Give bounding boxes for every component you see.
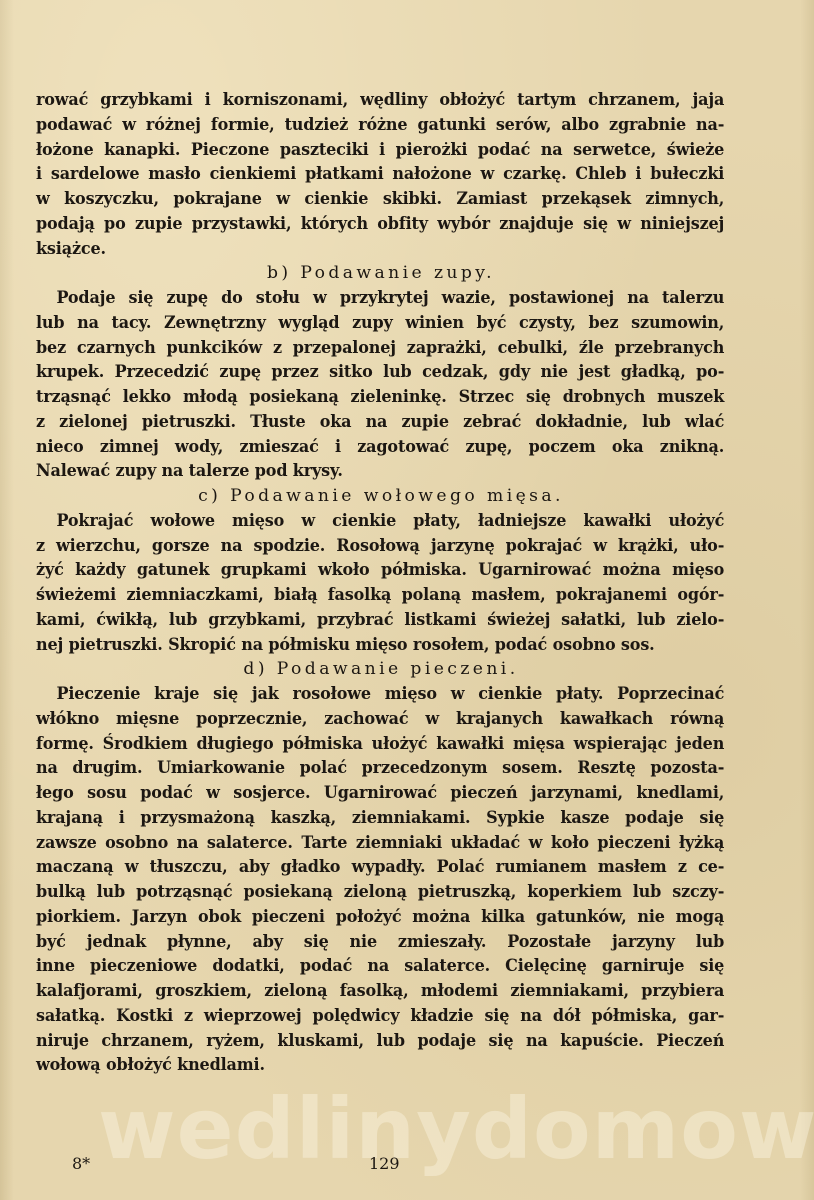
text-line: bez czarnych punkcików z przepalonej zap… — [36, 336, 724, 361]
section-heading: b) Podawanie zupy. — [36, 261, 726, 286]
text-line: piorkiem. Jarzyn obok pieczeni położyć m… — [36, 905, 724, 930]
text-line: lub na tacy. Zewnętrzny wygląd zupy wini… — [36, 311, 724, 336]
section-heading: d) Podawanie pieczeni. — [36, 657, 726, 682]
text-line: na drugim. Umiarkowanie polać przecedzon… — [36, 756, 724, 781]
section-heading: c) Podawanie wołowego mięsa. — [36, 484, 726, 509]
text-line: łożone kanapki. Pieczone paszteciki i pi… — [36, 138, 724, 163]
text-line: zawsze osobno na salaterce. Tarte ziemni… — [36, 831, 724, 856]
text-line: z zielonej pietruszki. Tłuste oka na zup… — [36, 410, 724, 435]
text-line: książce. — [36, 237, 724, 262]
text-line: i sardelowe masło cienkiemi płatkami nał… — [36, 162, 724, 187]
text-line: formę. Środkiem długiego półmiska ułożyć… — [36, 732, 724, 757]
section-soup: b) Podawanie zupy. Podaje się zupę do st… — [36, 261, 726, 484]
text-line: nieco zimnej wody, zmieszać i zagotować … — [36, 435, 724, 460]
signature-mark: 8* — [72, 1154, 90, 1173]
text-line: podają po zupie przystawki, których obfi… — [36, 212, 724, 237]
text-line: trząsnąć lekko młodą posiekaną zielenink… — [36, 385, 724, 410]
text-line: krupek. Przecedzić zupę przez sitko lub … — [36, 360, 724, 385]
text-line: niruje chrzanem, ryżem, kluskami, lub po… — [36, 1029, 724, 1054]
text-line: Podaje się zupę do stołu w przykrytej wa… — [36, 286, 724, 311]
text-line: z wierzchu, gorsze na spodzie. Rosołową … — [36, 534, 724, 559]
page-number: 129 — [369, 1154, 400, 1173]
text-line: świeżemi ziemniaczkami, białą fasolką po… — [36, 583, 724, 608]
text-line: kalafjorami, groszkiem, zieloną fasolką,… — [36, 979, 724, 1004]
text-line: sałatką. Kostki z wieprzowej polędwicy k… — [36, 1004, 724, 1029]
text-line: wołową obłożyć knedlami. — [36, 1053, 724, 1078]
text-line: rować grzybkami i korniszonami, wędliny … — [36, 88, 724, 113]
text-line: żyć każdy gatunek grupkami wkoło półmisk… — [36, 558, 724, 583]
text-line: Pokrajać wołowe mięso w cienkie płaty, ł… — [36, 509, 724, 534]
text-line: podawać w różnej formie, tudzież różne g… — [36, 113, 724, 138]
text-line: być jednak płynne, aby się nie zmieszały… — [36, 930, 724, 955]
text-line: łego sosu podać w sosjerce. Ugarnirować … — [36, 781, 724, 806]
text-line: Nalewać zupy na talerze pod krysy. — [36, 459, 724, 484]
text-line: maczaną w tłuszczu, aby gładko wypadły. … — [36, 855, 724, 880]
text-line: nej pietruszki. Skropić na półmisku mięs… — [36, 633, 724, 658]
section-beef: c) Podawanie wołowego mięsa. Pokrajać wo… — [36, 484, 726, 657]
text-line: inne pieczeniowe dodatki, podać na salat… — [36, 954, 724, 979]
text-line: Pieczenie kraje się jak rosołowe mięso w… — [36, 682, 724, 707]
text-line: włókno mięsne poprzecznie, zachować w kr… — [36, 707, 724, 732]
text-line: krajaną i przysmażoną kaszką, ziemniakam… — [36, 806, 724, 831]
intro-paragraph: rować grzybkami i korniszonami, wędliny … — [36, 88, 726, 261]
text-line: bulką lub potrząsnąć posiekaną zieloną p… — [36, 880, 724, 905]
book-page: rować grzybkami i korniszonami, wędliny … — [36, 88, 726, 1078]
page-footer: 8* 129 — [0, 1154, 814, 1178]
section-roast: d) Podawanie pieczeni. Pieczenie kraje s… — [36, 657, 726, 1078]
text-line: kami, ćwikłą, lub grzybkami, przybrać li… — [36, 608, 724, 633]
text-line: w koszyczku, pokrajane w cienkie skibki.… — [36, 187, 724, 212]
